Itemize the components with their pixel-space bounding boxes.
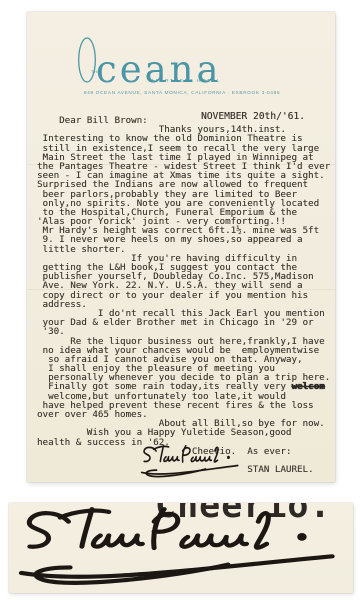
letter-body: Dear Bill Brown: Thanks yours,14th.inst.… <box>37 116 330 474</box>
oceana-oval-o-logo <box>77 37 97 83</box>
struck-out-word: welcom <box>291 381 324 392</box>
letter-line: your Dad & elder Brother met in Chicago … <box>37 318 330 327</box>
stan-laurel-signature <box>139 444 243 480</box>
letterhead-address: 849 OCEAN AVENUE, SANTA MONICA, CALIFORN… <box>62 91 302 96</box>
letterhead-subtitle: APARTMENT HOTEL <box>151 78 221 83</box>
stan-laurel-signature-large <box>13 505 349 591</box>
letter-sheet: THE ceana APARTMENT HOTEL 849 OCEAN AVEN… <box>27 12 335 482</box>
signature-detail-crop: Cheerio. <box>9 503 353 593</box>
